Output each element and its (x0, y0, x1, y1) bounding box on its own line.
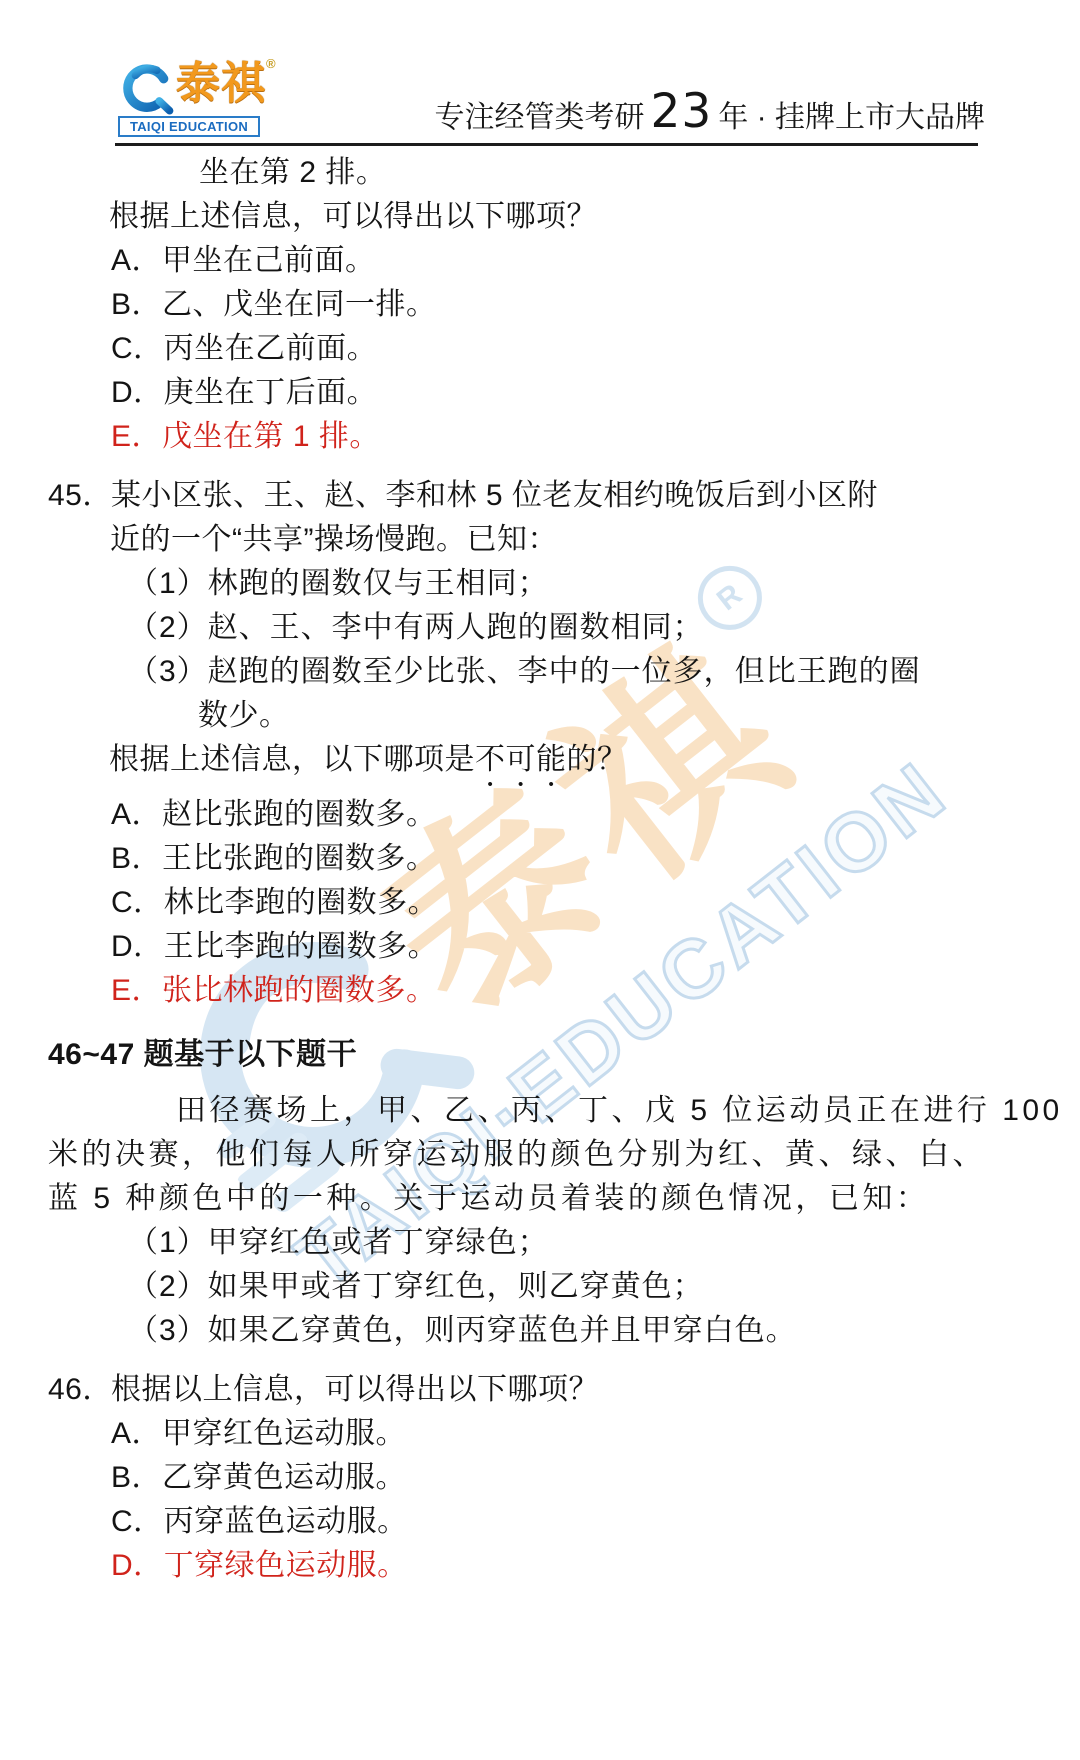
header-divider (115, 143, 978, 146)
option-line: D．庚坐在丁后面。 (0, 371, 1080, 415)
text-line: （2）赵、王、李中有两人跑的圈数相同； (0, 606, 1080, 650)
text-line: 近的一个“共享”操场慢跑。已知： (0, 518, 1080, 562)
logo-brand-characters: 泰祺 (176, 58, 266, 110)
text-line: 蓝 5 种颜色中的一种。关于运动员着装的颜色情况，已知： (0, 1177, 1080, 1221)
question-number: 45． (48, 474, 111, 518)
header-tagline: 专注经管类考研23年 · 挂牌上市大品牌 (435, 88, 985, 142)
text-line: 坐在第 2 排。 (0, 151, 1080, 195)
option-line: C．林比李跑的圈数多。 (0, 881, 1080, 925)
option-line: B．王比张跑的圈数多。 (0, 837, 1080, 881)
answer-option-line: E．戊坐在第 1 排。 (0, 415, 1080, 459)
text-line: 数少。 (0, 694, 1080, 738)
option-line: A．甲穿红色运动服。 (0, 1412, 1080, 1456)
answer-option-line: D．丁穿绿色运动服。 (0, 1544, 1080, 1588)
text-line: 根据上述信息，以下哪项是不可能的？ (0, 738, 1080, 793)
option-line: B．乙穿黄色运动服。 (0, 1456, 1080, 1500)
text-line: （2）如果甲或者丁穿红色，则乙穿黄色； (0, 1265, 1080, 1309)
tagline-suffix: 年 · 挂牌上市大品牌 (718, 101, 985, 134)
text-line: （1）甲穿红色或者丁穿绿色； (0, 1221, 1080, 1265)
exam-page: 泰祺 R TAIQI·EDUCATION 泰祺 ® TAIQI (0, 0, 1080, 1760)
text-line: 46．根据以上信息，可以得出以下哪项？ (0, 1368, 1080, 1412)
taiqi-swirl-icon (118, 58, 176, 116)
registered-trademark-icon: ® (266, 56, 276, 71)
text-line: （3）赵跑的圈数至少比张、李中的一位多，但比王跑的圈 (0, 650, 1080, 694)
text-line: （3）如果乙穿黄色，则丙穿蓝色并且甲穿白色。 (0, 1309, 1080, 1353)
text-line: 46~47 题基于以下题干 (0, 1033, 1080, 1077)
text-line: 田径赛场上，甲、乙、丙、丁、戊 5 位运动员正在进行 100 (0, 1089, 1080, 1133)
text-line: 米的决赛，他们每人所穿运动服的颜色分别为红、黄、绿、白、 (0, 1133, 1080, 1177)
option-line: A．赵比张跑的圈数多。 (0, 793, 1080, 837)
text-segment: 的？ (567, 743, 628, 776)
answer-option-line: E．张比林跑的圈数多。 (0, 969, 1080, 1013)
option-line: B．乙、戊坐在同一排。 (0, 283, 1080, 327)
document-body: 坐在第 2 排。根据上述信息，可以得出以下哪项？A．甲坐在己前面。B．乙、戊坐在… (0, 151, 1080, 1588)
question-number: 46． (48, 1368, 111, 1412)
option-line: A．甲坐在己前面。 (0, 239, 1080, 283)
text-line: 根据上述信息，可以得出以下哪项？ (0, 195, 1080, 239)
text-line: 45．某小区张、王、赵、李和林 5 位老友相约晚饭后到小区附 (0, 474, 1080, 518)
option-line: D．王比李跑的圈数多。 (0, 925, 1080, 969)
text-segment: 根据上述信息，以下哪项是 (109, 743, 475, 776)
option-line: C．丙坐在乙前面。 (0, 327, 1080, 371)
tagline-years-number: 23 (651, 84, 713, 139)
text-line: （1）林跑的圈数仅与王相同； (0, 562, 1080, 606)
taiqi-logo: 泰祺 ® TAIQI EDUCATION (118, 58, 260, 137)
logo-subtitle: TAIQI EDUCATION (118, 116, 260, 137)
tagline-prefix: 专注经管类考研 (435, 101, 645, 134)
option-line: C．丙穿蓝色运动服。 (0, 1500, 1080, 1544)
emphasized-text: 不可能 (475, 743, 567, 776)
